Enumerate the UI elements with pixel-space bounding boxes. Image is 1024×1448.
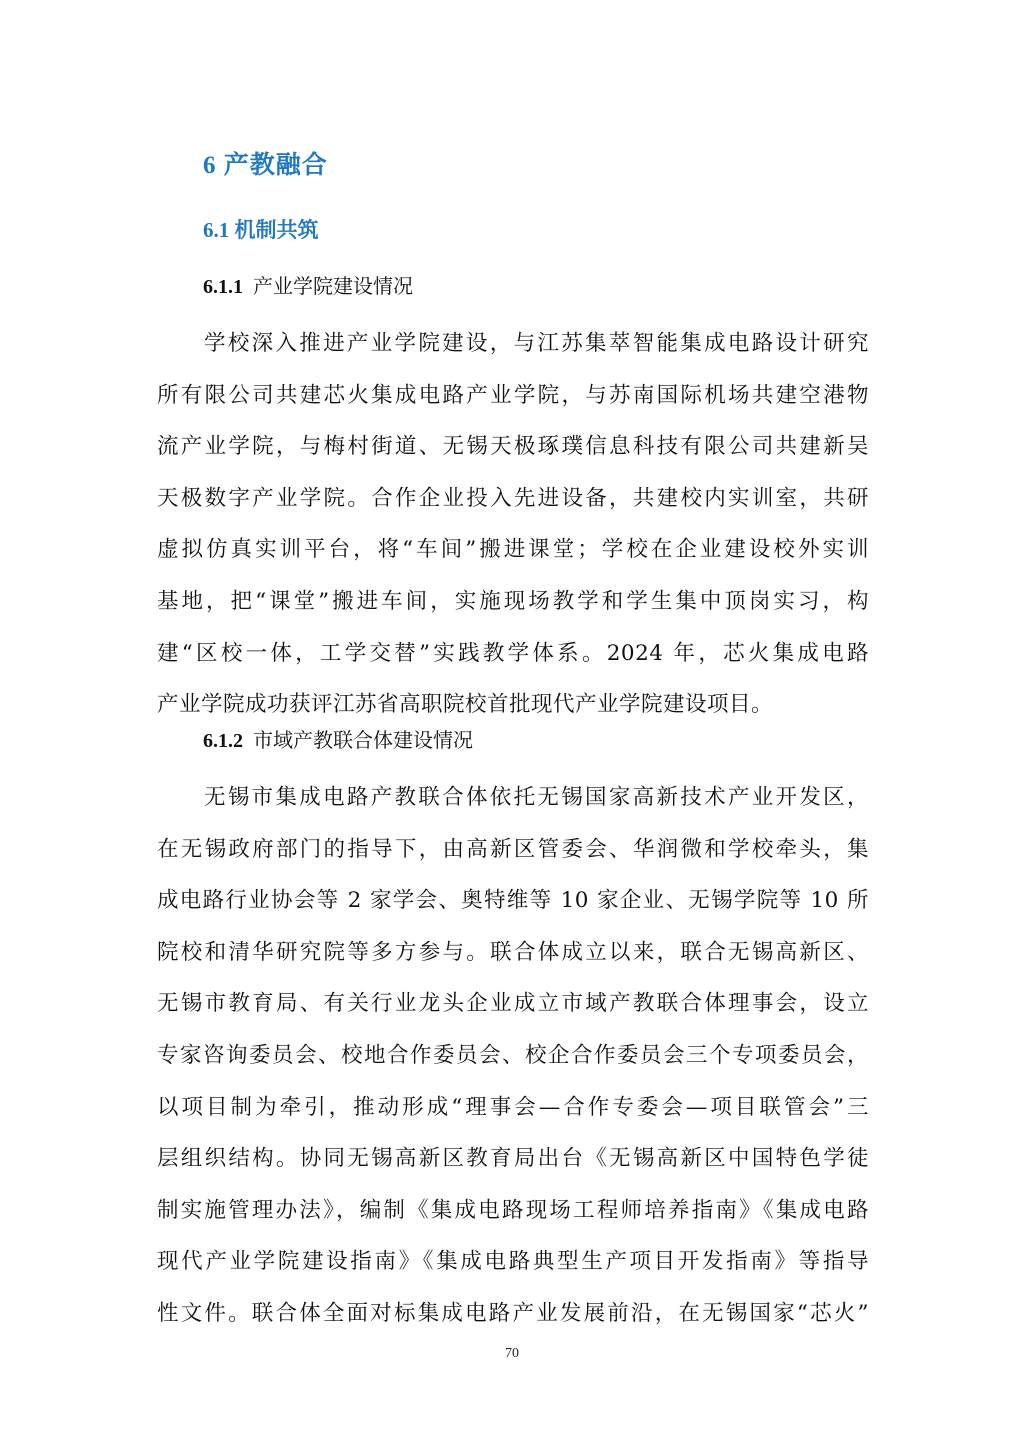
page-number: 70 [0,1346,1024,1362]
text-line: 在无锡政府部门的指导下，由高新区管委会、华润微和学校牵头，集 [157,824,869,876]
text-line: 层组织结构。协同无锡高新区教育局出台《无锡高新区中国特色学徒 [157,1133,869,1185]
subsection-title: 市域产教联合体建设情况 [253,730,473,752]
text-line: 产业学院成功获评江苏省高职院校首批现代产业学院建设项目。 [157,679,869,731]
text-line: 现代产业学院建设指南》《集成电路典型生产项目开发指南》等指导 [157,1236,869,1288]
text-line: 专家咨询委员会、校地合作委员会、校企合作委员会三个专项委员会， [157,1030,869,1082]
text-line: 所有限公司共建芯火集成电路产业学院，与苏南国际机场共建空港物 [157,370,869,422]
text-line: 虚拟仿真实训平台，将“车间”搬进课堂；学校在企业建设校外实训 [157,524,869,576]
subsection-heading-6-1-1: 6.1.1产业学院建设情况 [203,270,413,299]
subsection-heading-6-1-2: 6.1.2市域产教联合体建设情况 [203,724,473,753]
text-line: 建“区校一体，工学交替”实践教学体系。2024 年，芯火集成电路 [157,628,869,680]
subsection-number: 6.1.1 [203,276,243,298]
section-heading: 6.1 机制共筑 [203,214,319,244]
paragraph-industry-college: 学校深入推进产业学院建设，与江苏集萃智能集成电路设计研究 所有限公司共建芯火集成… [157,318,869,731]
subsection-title: 产业学院建设情况 [253,276,413,298]
text-line: 基地，把“课堂”搬进车间，实施现场教学和学生集中顶岗实习，构 [157,576,869,628]
text-line: 制实施管理办法》，编制《集成电路现场工程师培养指南》《集成电路 [157,1185,869,1237]
subsection-number: 6.1.2 [203,730,243,752]
text-line: 性文件。联合体全面对标集成电路产业发展前沿，在无锡国家“芯火” [157,1288,869,1340]
text-line: 流产业学院，与梅村街道、无锡天极琢璞信息科技有限公司共建新吴 [157,421,869,473]
text-line: 无锡市集成电路产教联合体依托无锡国家高新技术产业开发区， [157,772,869,824]
text-line: 成电路行业协会等 2 家学会、奥特维等 10 家企业、无锡学院等 10 所 [157,875,869,927]
text-line: 院校和清华研究院等多方参与。联合体成立以来，联合无锡高新区、 [157,927,869,979]
paragraph-industry-education-consortium: 无锡市集成电路产教联合体依托无锡国家高新技术产业开发区， 在无锡政府部门的指导下… [157,772,869,1340]
text-line: 以项目制为牵引，推动形成“理事会—合作专委会—项目联管会”三 [157,1082,869,1134]
text-line: 无锡市教育局、有关行业龙头企业成立市域产教联合体理事会，设立 [157,978,869,1030]
text-line: 天极数字产业学院。合作企业投入先进设备，共建校内实训室，共研 [157,473,869,525]
chapter-heading: 6 产教融合 [203,145,328,181]
text-line: 学校深入推进产业学院建设，与江苏集萃智能集成电路设计研究 [157,318,869,370]
